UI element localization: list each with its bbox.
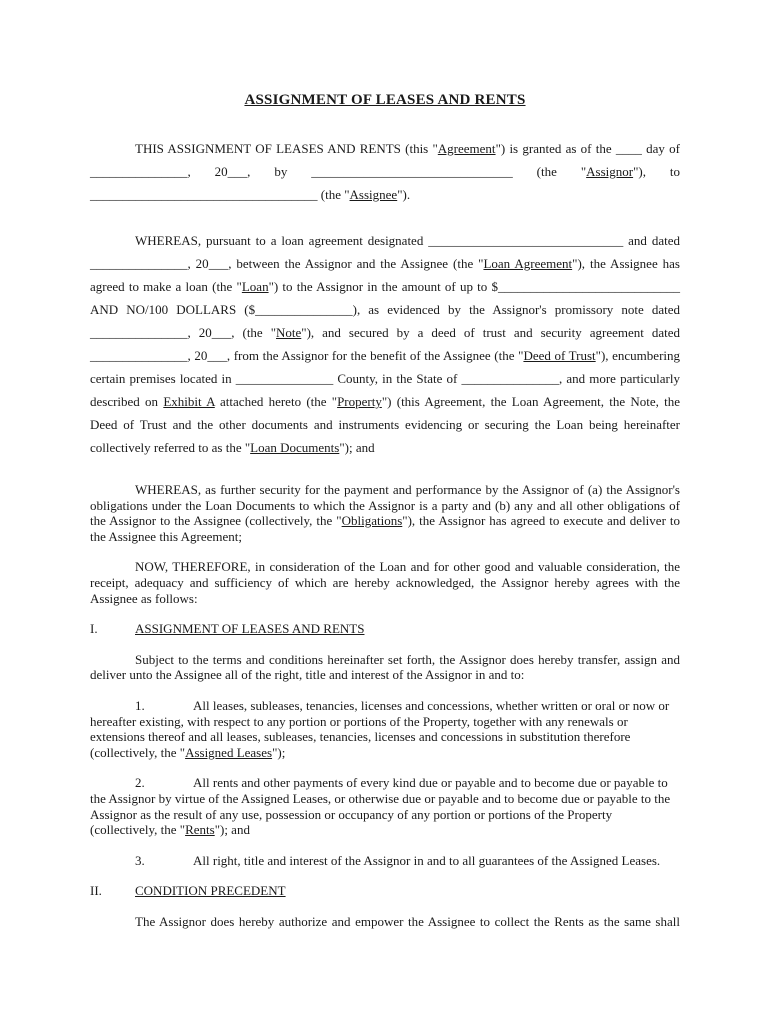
defined-term: Agreement [438,141,496,156]
defined-term: Note [276,325,301,340]
text-run: and dated [623,233,680,248]
text-run: AND NO/100 DOLLARS ($ [90,302,255,317]
item-number: 1. [135,698,193,714]
text-run: ") to the Assignor in the amount of up t… [269,279,498,294]
section-number: I. [90,621,135,637]
blank-field: ___ [212,325,232,340]
defined-term: Obligations [342,513,403,528]
blank-field: _______________ [461,371,559,386]
section-number: II. [90,883,135,899]
condition-precedent-paragraph: The Assignor does hereby authorize and e… [90,914,680,930]
blank-field: ____ [616,141,642,156]
blank-field: _______________ [255,302,353,317]
defined-term: Assignor [586,164,633,179]
defined-term: Assigned Leases [185,745,272,760]
text-run: "); [272,745,285,760]
blank-field: ___ [209,256,229,271]
text-run: "), and secured by a deed of trust and s… [301,325,680,340]
text-run: "). [397,187,410,202]
blank-field: ___________________________________ [90,187,318,202]
document-body: THIS ASSIGNMENT OF LEASES AND RENTS (thi… [90,137,680,929]
text-run: (the " [318,187,350,202]
text-run: , 20 [188,164,228,179]
text-run: , from the Assignor for the benefit of t… [227,348,524,363]
blank-field: _______________ [90,256,188,271]
text-run: All right, title and interest of the Ass… [193,853,660,868]
defined-term: Rents [185,822,215,837]
blank-field: ___ [207,348,227,363]
item-2-rents: 2.All rents and other payments of every … [90,775,680,837]
text-run: WHEREAS, pursuant to a loan agreement de… [135,233,428,248]
blank-field: _______________ [236,371,334,386]
section-2-heading: II.CONDITION PRECEDENT [90,883,680,899]
text-run: (the " [513,164,586,179]
intro-paragraph: THIS ASSIGNMENT OF LEASES AND RENTS (thi… [90,137,680,206]
text-run: THIS ASSIGNMENT OF LEASES AND RENTS (thi… [135,141,438,156]
text-run: "), to [633,164,680,179]
text-run: ), as evidenced by the Assignor's promis… [353,302,680,317]
text-run: day of [642,141,680,156]
blank-field: _______________________________ [311,164,513,179]
item-3-guarantees: 3.All right, title and interest of the A… [90,853,680,869]
text-run: , 20 [188,348,208,363]
document-page: ASSIGNMENT OF LEASES AND RENTS THIS ASSI… [0,0,770,1024]
text-run: ") is granted as of the [496,141,616,156]
text-run: Subject to the terms and conditions here… [90,652,680,683]
defined-term: Loan [242,279,269,294]
defined-term: Deed of Trust [523,348,595,363]
text-run: , by [247,164,311,179]
defined-term: Loan Documents [250,440,339,455]
text-run: "); and [215,822,250,837]
whereas-security-paragraph: WHEREAS, as further security for the pay… [90,482,680,544]
text-run: , between the Assignor and the Assignee … [228,256,483,271]
section-heading-text: CONDITION PRECEDENT [135,883,286,898]
blank-field: ____________________________ [498,279,680,294]
defined-term: Exhibit A [163,394,214,409]
text-run: , 20 [188,256,209,271]
defined-term: Assignee [350,187,398,202]
item-number: 3. [135,853,193,869]
text-run: County, in the State of [333,371,461,386]
document-title: ASSIGNMENT OF LEASES AND RENTS [90,90,680,110]
text-run: "); and [339,440,374,455]
blank-field: _______________ [90,325,188,340]
blank-field: ___ [228,164,248,179]
section-heading-text: ASSIGNMENT OF LEASES AND RENTS [135,621,364,636]
subject-paragraph: Subject to the terms and conditions here… [90,652,680,683]
item-1-assigned-leases: 1.All leases, subleases, tenancies, lice… [90,698,680,760]
blank-field: _______________ [90,164,188,179]
whereas-loan-paragraph: WHEREAS, pursuant to a loan agreement de… [90,229,680,459]
section-1-heading: I.ASSIGNMENT OF LEASES AND RENTS [90,621,680,637]
text-run: , (the " [231,325,276,340]
text-run: , 20 [188,325,212,340]
defined-term: Property [337,394,382,409]
item-number: 2. [135,775,193,791]
blank-field: ______________________________ [428,233,623,248]
blank-field: _______________ [90,348,188,363]
text-run: The Assignor does hereby authorize and e… [135,914,680,929]
defined-term: Loan Agreement [483,256,572,271]
text-run: attached hereto (the " [215,394,337,409]
now-therefore-paragraph: NOW, THEREFORE, in consideration of the … [90,559,680,606]
text-run: NOW, THEREFORE, in consideration of the … [90,559,680,605]
